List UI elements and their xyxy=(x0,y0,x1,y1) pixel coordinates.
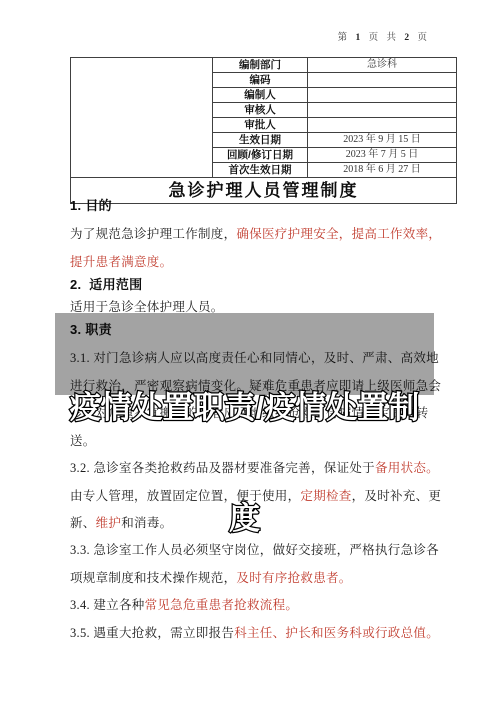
text-segment: 1. 目的 xyxy=(70,198,112,213)
text-segment: 2. 适用范围 xyxy=(70,277,142,292)
body-line: 为了规范急诊护理工作制度，确保医疗护理安全，提高工作效率， xyxy=(70,225,442,243)
text-segment: 适用于急诊全体护理人员。 xyxy=(70,300,224,314)
body-line: 2. 适用范围 xyxy=(70,276,442,294)
body-line: 1. 目的 xyxy=(70,197,442,215)
watermark-band: 疫情处置职责/疫情处置制 度 xyxy=(55,313,434,395)
watermark-line-1: 疫情处置职责/疫情处置制 xyxy=(55,389,434,426)
text-segment: 为了规范急诊护理工作制度， xyxy=(70,227,236,241)
text-segment-red: 科主任、护长和医务科或行政总值。 xyxy=(234,626,439,640)
body-line: 3.5. 遇重大抢救，需立即报告科主任、护长和医务科或行政总值。 xyxy=(70,624,442,642)
text-segment-red: 提升患者满意度。 xyxy=(70,255,172,269)
document-page: 第 1 页 共 2 页 编制部门急诊科编码编制人审核人审批人生效日期2023 年… xyxy=(0,0,500,706)
text-segment: 3.5. 遇重大抢救，需立即报告 xyxy=(70,626,234,640)
text-segment-red: 确保医疗护理安全，提高工作效率， xyxy=(236,227,441,241)
watermark-text: 疫情处置职责/疫情处置制 度 xyxy=(55,315,434,611)
body-line: 提升患者满意度。 xyxy=(70,253,442,271)
watermark-line-2: 度 xyxy=(55,500,434,537)
